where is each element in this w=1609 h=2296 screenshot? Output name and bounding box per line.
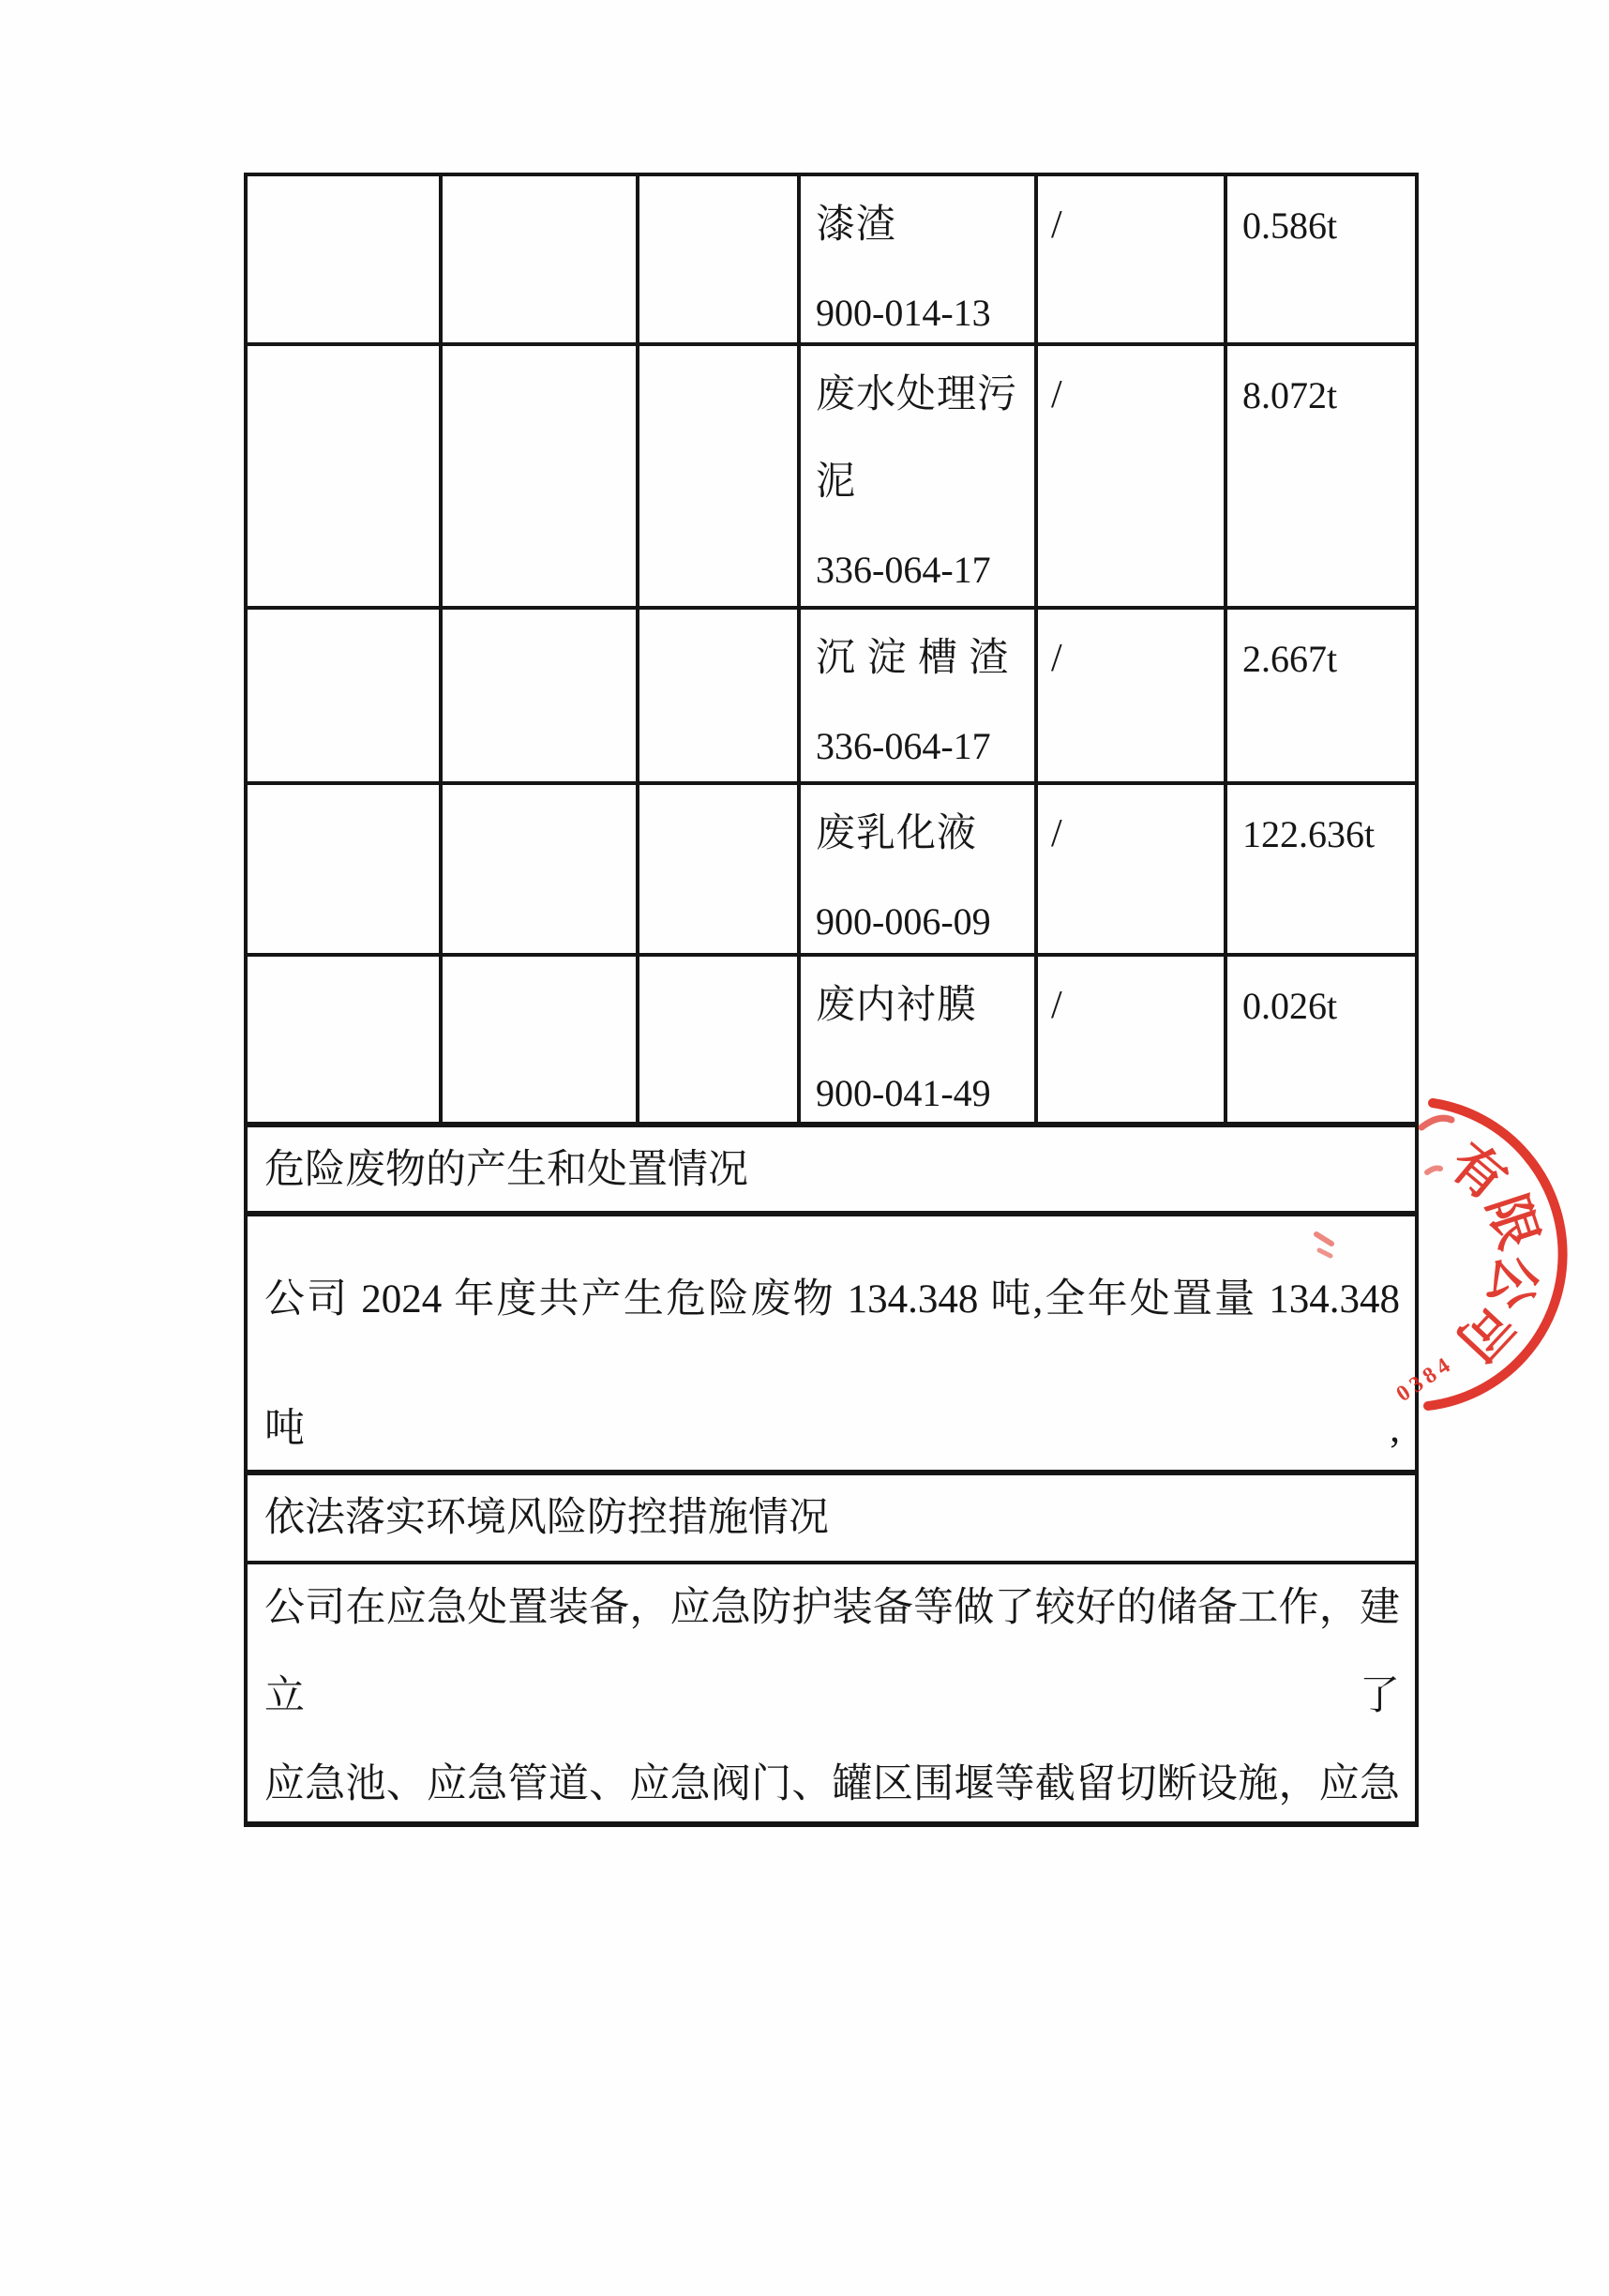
empty-cell xyxy=(443,346,639,610)
empty-cell xyxy=(248,785,443,957)
empty-cell xyxy=(443,785,639,957)
stamp-char: 公 xyxy=(1477,1249,1546,1314)
waste-table: 漆渣 900-014-13 / 0.586t 废水处理污 泥 336-064-1… xyxy=(244,173,1419,1827)
slash-value: / xyxy=(1051,962,1224,1050)
empty-cell xyxy=(639,176,801,346)
section-title-risk-control: 依法落实环境风险防控措施情况 xyxy=(248,1475,1415,1564)
stamp-char: 司 xyxy=(1445,1292,1524,1370)
empty-cell xyxy=(443,176,639,346)
waste-name: 沉 淀 槽 渣 xyxy=(816,615,1034,702)
amount-cell: 0.026t xyxy=(1227,957,1415,1127)
waste-name: 漆渣 xyxy=(816,182,1034,269)
waste-name-cell: 废水处理污 泥 336-064-17 xyxy=(801,346,1038,610)
amount-cell: 8.072t xyxy=(1227,346,1415,610)
section-text-risk-control: 公司在应急处置装备，应急防护装备等做了较好的储备工作，建立了 应急池、应急管道、… xyxy=(248,1564,1415,1821)
slash-value: / xyxy=(1051,182,1224,269)
waste-code: 900-006-09 xyxy=(816,878,1034,957)
amount-cell: 122.636t xyxy=(1227,785,1415,957)
amount-value: 0.026t xyxy=(1242,962,1415,1050)
amount-value: 0.586t xyxy=(1242,182,1415,269)
empty-cell xyxy=(443,957,639,1127)
empty-cell xyxy=(443,610,639,785)
slash-cell: / xyxy=(1038,785,1227,957)
empty-cell xyxy=(248,346,443,610)
paragraph-line: 应急池、应急管道、应急阀门、罐区围堰等截留切断设施，应急池的 xyxy=(264,1741,1400,1821)
slash-cell: / xyxy=(1038,176,1227,346)
empty-cell xyxy=(639,957,801,1127)
slash-cell: / xyxy=(1038,346,1227,610)
empty-cell xyxy=(248,957,443,1127)
waste-name: 泥 xyxy=(816,439,1034,526)
empty-cell xyxy=(639,785,801,957)
waste-code: 336-064-17 xyxy=(816,702,1034,785)
amount-value: 2.667t xyxy=(1242,615,1415,702)
amount-cell: 0.586t xyxy=(1227,176,1415,346)
empty-cell xyxy=(639,346,801,610)
waste-name-cell: 沉 淀 槽 渣 336-064-17 xyxy=(801,610,1038,785)
empty-cell xyxy=(248,610,443,785)
waste-code: 336-064-17 xyxy=(816,526,1034,610)
document-page: 漆渣 900-014-13 / 0.586t 废水处理污 泥 336-064-1… xyxy=(0,0,1609,2296)
amount-value: 122.636t xyxy=(1242,791,1415,878)
waste-code: 900-041-49 xyxy=(816,1050,1034,1127)
slash-value: / xyxy=(1051,615,1224,702)
section-text-hazardous-waste: 公司 2024 年度共产生危险废物 134.348 吨,全年处置量 134.34… xyxy=(248,1216,1415,1475)
empty-cell xyxy=(248,176,443,346)
waste-name: 废乳化液 xyxy=(816,791,1034,878)
stamp-char: 限 xyxy=(1476,1188,1547,1256)
slash-value: / xyxy=(1051,352,1224,439)
amount-cell: 2.667t xyxy=(1227,610,1415,785)
slash-cell: / xyxy=(1038,957,1227,1127)
paragraph-line: 公司在应急处置装备，应急防护装备等做了较好的储备工作，建立了 xyxy=(264,1564,1400,1741)
waste-name: 废水处理污 xyxy=(816,352,1034,439)
slash-cell: / xyxy=(1038,610,1227,785)
waste-name-cell: 废乳化液 900-006-09 xyxy=(801,785,1038,957)
paragraph-line: 公司 2024 年度共产生危险废物 134.348 吨,全年处置量 134.34… xyxy=(264,1235,1400,1475)
stamp-char: 有 xyxy=(1439,1133,1517,1211)
empty-cell xyxy=(639,610,801,785)
slash-value: / xyxy=(1051,791,1224,878)
waste-name-cell: 废内衬膜 900-041-49 xyxy=(801,957,1038,1127)
waste-name-cell: 漆渣 900-014-13 xyxy=(801,176,1038,346)
amount-value: 8.072t xyxy=(1242,352,1415,439)
section-title-hazardous-waste: 危险废物的产生和处置情况 xyxy=(248,1127,1415,1216)
waste-code: 900-014-13 xyxy=(816,269,1034,346)
waste-name: 废内衬膜 xyxy=(816,962,1034,1050)
